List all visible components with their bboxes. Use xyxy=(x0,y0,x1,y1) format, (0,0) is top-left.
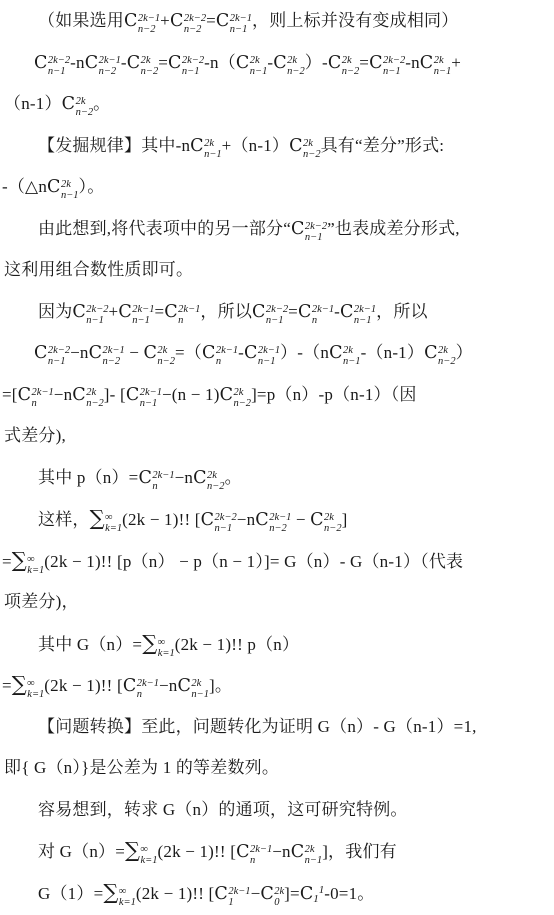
binomial-coefficient: C2kn−1 xyxy=(47,166,78,209)
binomial-coefficient-superscript: 2k−2 xyxy=(184,14,206,24)
binomial-coefficient-scripts: 2k−1n xyxy=(152,471,174,492)
text-run: =[ xyxy=(2,385,18,404)
binomial-coefficient-base: C xyxy=(291,842,304,862)
binomial-coefficient-base: C xyxy=(34,343,47,363)
binomial-coefficient-base: C xyxy=(177,676,190,696)
binomial-coefficient-superscript: 2k−1 xyxy=(354,305,376,315)
summation-symbol-base: ∑ xyxy=(12,548,27,572)
binomial-coefficient-subscript: n−1 xyxy=(48,357,70,367)
binomial-coefficient-base: C xyxy=(138,468,151,488)
binomial-coefficient-scripts: 2kn−2 xyxy=(157,346,175,367)
text-run: −n xyxy=(70,343,89,362)
binomial-coefficient-base: C xyxy=(168,53,181,73)
binomial-coefficient-base: C xyxy=(143,343,156,363)
binomial-coefficient-superscript: 2k−1 xyxy=(140,388,162,398)
binomial-coefficient-subscript: n−1 xyxy=(305,233,327,243)
binomial-coefficient-subscript: n−1 xyxy=(354,316,376,326)
text-run: = xyxy=(206,11,216,30)
binomial-coefficient: C2k−1n xyxy=(123,665,159,708)
binomial-coefficient-subscript: n−2 xyxy=(269,524,291,534)
binomial-coefficient: C2kn−1 xyxy=(420,42,451,85)
binomial-coefficient-subscript: 1 xyxy=(228,898,250,908)
binomial-coefficient-subscript: n−1 xyxy=(204,150,222,160)
text-run: 。 xyxy=(225,468,242,487)
binomial-coefficient: C2kn−2 xyxy=(72,374,103,417)
text-run: 容易想到，转求 G（n）的通项，这可研究特例。 xyxy=(38,800,408,819)
binomial-coefficient-superscript: 2k xyxy=(324,513,342,523)
binomial-coefficient: C2kn−1 xyxy=(291,831,322,874)
binomial-coefficient-superscript: 2k−1 xyxy=(269,513,291,523)
binomial-coefficient-scripts: 2k−2n−1 xyxy=(86,305,108,326)
binomial-coefficient-scripts: 2k−2n−1 xyxy=(182,56,204,77)
text-run: ）。 xyxy=(79,177,105,196)
binomial-coefficient-superscript: 2k xyxy=(438,346,456,356)
binomial-coefficient-scripts: 2k−1n−2 xyxy=(103,346,125,367)
binomial-coefficient-superscript: 2k xyxy=(233,388,251,398)
text-run: -（n-1） xyxy=(361,343,425,362)
text-line-1: （如果选用C2k−1n−2+C2k−2n−2=C2k−1n−1，则上标并没有变成… xyxy=(2,0,554,42)
text-run: + xyxy=(109,302,119,321)
text-run: (2k − 1)!! [ xyxy=(122,510,201,529)
binomial-coefficient-base: C xyxy=(127,53,140,73)
summation-symbol-superscript: ∞ xyxy=(158,638,175,648)
binomial-coefficient: C2kn−2 xyxy=(273,42,304,85)
binomial-coefficient-base: C xyxy=(72,302,85,322)
text-line-9: C2k−2n−1−nC2k−1n−2 − C2kn−2=（C2k−1n-C2k−… xyxy=(2,332,554,374)
binomial-coefficient-base: C xyxy=(190,136,203,156)
summation-symbol-superscript: ∞ xyxy=(119,887,136,897)
binomial-coefficient-base: C xyxy=(328,53,341,73)
binomial-coefficient-scripts: 2kn−1 xyxy=(204,139,222,160)
text-line-10: =[C2k−1n−nC2kn−2]- [C2k−1n−1−(n − 1)C2kn… xyxy=(2,374,554,416)
text-run: 式差分), xyxy=(4,426,66,445)
binomial-coefficient-scripts: 2k−1n xyxy=(250,845,272,866)
text-run: −n xyxy=(159,676,178,695)
binomial-coefficient-subscript: n−2 xyxy=(207,482,225,492)
text-line-11: 式差分), xyxy=(2,415,554,457)
binomial-coefficient-base: C xyxy=(260,884,273,904)
binomial-coefficient-superscript: 2k−1 xyxy=(99,56,121,66)
binomial-coefficient-scripts: 2kn−2 xyxy=(438,346,456,367)
text-run: ，所以 xyxy=(376,302,428,321)
binomial-coefficient-superscript: 2k−1 xyxy=(312,305,334,315)
binomial-coefficient-superscript: 2k xyxy=(191,679,209,689)
summation-symbol-base: ∑ xyxy=(103,880,118,904)
summation-symbol-scripts: ∞k=1 xyxy=(158,638,175,659)
summation-symbol: ∑∞k=1 xyxy=(142,623,175,666)
text-run: − xyxy=(125,343,144,362)
binomial-coefficient-base: C xyxy=(220,385,233,405)
text-run: −(n − 1) xyxy=(162,385,220,404)
binomial-coefficient-superscript: 2k xyxy=(303,139,321,149)
binomial-coefficient: C2k−1n xyxy=(164,291,200,334)
binomial-coefficient-base: C xyxy=(34,53,47,73)
binomial-coefficient: C2kn−1 xyxy=(236,42,267,85)
binomial-coefficient-base: C xyxy=(124,11,137,31)
binomial-coefficient-base: C xyxy=(420,53,433,73)
binomial-coefficient-scripts: 2k−2n−1 xyxy=(305,222,327,243)
binomial-coefficient-base: C xyxy=(340,302,353,322)
text-run: -0=1。 xyxy=(324,884,374,903)
text-run: G（1）= xyxy=(38,884,103,903)
binomial-coefficient-subscript: 0 xyxy=(274,898,284,908)
summation-symbol-scripts: ∞k=1 xyxy=(141,845,158,866)
binomial-coefficient-superscript: 2k xyxy=(141,56,159,66)
summation-symbol-scripts: ∞k=1 xyxy=(27,679,44,700)
binomial-coefficient-scripts: 2k−2n−1 xyxy=(215,513,237,534)
summation-symbol-base: ∑ xyxy=(142,631,157,655)
binomial-coefficient-subscript: n−2 xyxy=(438,357,456,367)
binomial-coefficient-subscript: n−2 xyxy=(184,25,206,35)
binomial-coefficient-scripts: 2kn−2 xyxy=(86,388,104,409)
binomial-coefficient: C2k−1n−1 xyxy=(340,291,376,334)
binomial-coefficient-subscript: n−1 xyxy=(61,191,79,201)
binomial-coefficient: C2k−1n xyxy=(298,291,334,334)
binomial-coefficient-scripts: 2k−2n−1 xyxy=(266,305,288,326)
text-run: （n-1） xyxy=(4,94,62,113)
text-run: ]- [ xyxy=(104,385,126,404)
text-run: 其中 G（n）= xyxy=(38,635,142,654)
binomial-coefficient-base: C xyxy=(369,53,382,73)
text-line-3: （n-1）C2kn−2。 xyxy=(2,83,554,125)
binomial-coefficient-subscript: n−1 xyxy=(86,316,108,326)
summation-symbol-subscript: k=1 xyxy=(105,524,122,534)
binomial-coefficient-base: C xyxy=(126,385,139,405)
text-run: 由此想到,将代表项中的另一部分“ xyxy=(38,219,291,238)
text-run: − xyxy=(291,510,310,529)
summation-symbol-base: ∑ xyxy=(90,506,105,530)
binomial-coefficient-superscript: 2k−1 xyxy=(137,679,159,689)
binomial-coefficient: C2k−2n−1 xyxy=(72,291,108,334)
text-run: = xyxy=(288,302,298,321)
binomial-coefficient-superscript: 2k xyxy=(342,56,360,66)
binomial-coefficient-subscript: n xyxy=(152,482,174,492)
binomial-coefficient-superscript: 2k xyxy=(86,388,104,398)
binomial-coefficient: C2k−2n−2 xyxy=(170,0,206,43)
summation-symbol-subscript: k=1 xyxy=(119,898,136,908)
summation-symbol-subscript: k=1 xyxy=(27,566,44,576)
binomial-coefficient: C2k−1n−2 xyxy=(255,499,291,542)
text-run: ]，我们有 xyxy=(322,842,397,861)
summation-symbol-subscript: k=1 xyxy=(141,856,158,866)
text-run: 这利用组合数性质即可。 xyxy=(4,260,193,279)
text-run: ]。 xyxy=(209,676,232,695)
binomial-coefficient-superscript: 2k xyxy=(287,56,305,66)
binomial-coefficient: C2kn−1 xyxy=(190,125,221,168)
binomial-coefficient-base: C xyxy=(236,53,249,73)
binomial-coefficient-subscript: n xyxy=(32,399,54,409)
binomial-coefficient-subscript: n−1 xyxy=(305,856,323,866)
summation-symbol: ∑∞k=1 xyxy=(103,872,136,915)
text-run: -n xyxy=(70,53,85,72)
text-run: 项差分)， xyxy=(4,592,79,611)
text-run: = xyxy=(158,53,168,72)
binomial-coefficient-superscript: 2k−2 xyxy=(383,56,405,66)
text-line-13: 这样，∑∞k=1(2k − 1)!! [C2k−2n−1−nC2k−1n−2 −… xyxy=(2,498,554,540)
text-run: + xyxy=(160,11,170,30)
binomial-coefficient: C2k−1n−2 xyxy=(124,0,160,43)
binomial-coefficient: C2kn−1 xyxy=(329,332,360,375)
binomial-coefficient-base: C xyxy=(310,510,323,530)
binomial-coefficient-subscript: n xyxy=(312,316,334,326)
text-run: −n xyxy=(272,842,291,861)
binomial-coefficient: C2kn−1 xyxy=(177,665,208,708)
summation-symbol-subscript: k=1 xyxy=(158,649,175,659)
text-run: = xyxy=(2,676,12,695)
binomial-coefficient-superscript: 2k xyxy=(76,97,94,107)
binomial-coefficient-superscript: 2k xyxy=(207,471,225,481)
summation-symbol-superscript: ∞ xyxy=(105,513,122,523)
binomial-coefficient: C2kn−2 xyxy=(220,374,251,417)
binomial-coefficient: C2kn−2 xyxy=(62,83,93,126)
text-run: (2k − 1)!! p（n） xyxy=(175,635,299,654)
binomial-coefficient-subscript: n−1 xyxy=(132,316,154,326)
binomial-coefficient: C2kn−2 xyxy=(424,332,455,375)
binomial-coefficient-scripts: 2kn−2 xyxy=(233,388,251,409)
binomial-coefficient: C2k0 xyxy=(260,873,284,915)
binomial-coefficient-base: C xyxy=(298,302,311,322)
binomial-coefficient-scripts: 2k−1n−1 xyxy=(132,305,154,326)
summation-symbol-superscript: ∞ xyxy=(27,679,44,689)
text-line-20: 容易想到，转求 G（n）的通项，这可研究特例。 xyxy=(2,789,554,831)
summation-symbol-subscript: k=1 xyxy=(27,690,44,700)
binomial-coefficient-base: C xyxy=(236,842,249,862)
binomial-coefficient-superscript: 2k−1 xyxy=(32,388,54,398)
binomial-coefficient: C2k−11 xyxy=(214,873,250,915)
summation-symbol-superscript: ∞ xyxy=(27,555,44,565)
binomial-coefficient-superscript: 2k−1 xyxy=(258,346,280,356)
binomial-coefficient-superscript: 2k−2 xyxy=(86,305,108,315)
binomial-coefficient-scripts: 2k−1n−1 xyxy=(230,14,252,35)
binomial-coefficient-base: C xyxy=(118,302,131,322)
text-line-19: 即{ G（n）}是公差为 1 的等差数列。 xyxy=(2,747,554,789)
binomial-coefficient: C2k−1n xyxy=(138,457,174,500)
text-run: -n xyxy=(405,53,420,72)
binomial-coefficient-base: C xyxy=(424,343,437,363)
binomial-coefficient-scripts: 2k−2n−1 xyxy=(383,56,405,77)
binomial-coefficient-superscript: 2k−1 xyxy=(152,471,174,481)
binomial-coefficient-subscript: n−1 xyxy=(383,67,405,77)
binomial-coefficient-superscript: 2k−2 xyxy=(48,346,70,356)
binomial-coefficient-subscript: n−2 xyxy=(86,399,104,409)
text-line-5: -（△nC2kn−1）。 xyxy=(2,166,554,208)
text-line-14: =∑∞k=1(2k − 1)!! [p（n） − p（n − 1）]= G（n）… xyxy=(2,540,554,582)
binomial-coefficient-subscript: n−2 xyxy=(138,25,160,35)
text-line-4: 【发掘规律】其中-nC2kn−1+（n-1）C2kn−2具有“差分”形式: xyxy=(2,125,554,167)
text-run: 因为 xyxy=(38,302,72,321)
binomial-coefficient-subscript: n−1 xyxy=(343,357,361,367)
text-line-6: 由此想到,将代表项中的另一部分“C2k−2n−1”也表成差分形式, xyxy=(2,208,554,250)
binomial-coefficient-scripts: 2k−2n−1 xyxy=(48,346,70,367)
binomial-coefficient-subscript: n−2 xyxy=(157,357,175,367)
text-run: （如果选用 xyxy=(38,11,124,30)
binomial-coefficient-base: C xyxy=(18,385,31,405)
binomial-coefficient-scripts: 2k−1n xyxy=(312,305,334,326)
binomial-coefficient: C2k−1n xyxy=(236,831,272,874)
binomial-coefficient-scripts: 2kn−2 xyxy=(342,56,360,77)
binomial-coefficient-superscript: 2k−2 xyxy=(266,305,288,315)
document-page: （如果选用C2k−1n−2+C2k−2n−2=C2k−1n−1，则上标并没有变成… xyxy=(0,0,554,915)
binomial-coefficient-subscript: n xyxy=(178,316,200,326)
text-run: ）-（n xyxy=(280,343,329,362)
binomial-coefficient-subscript: n−2 xyxy=(99,67,121,77)
summation-symbol: ∑∞k=1 xyxy=(90,498,123,541)
binomial-coefficient-superscript: 2k xyxy=(157,346,175,356)
text-line-12: 其中 p（n）=C2k−1n−nC2kn−2。 xyxy=(2,457,554,499)
binomial-coefficient: C2k−2n−1 xyxy=(201,499,237,542)
summation-symbol: ∑∞k=1 xyxy=(125,830,158,873)
binomial-coefficient-superscript: 2k xyxy=(274,887,284,897)
binomial-coefficient-superscript: 2k−1 xyxy=(178,305,200,315)
text-run: + xyxy=(451,53,461,72)
summation-symbol: ∑∞k=1 xyxy=(12,664,45,707)
binomial-coefficient: C2k−2n−1 xyxy=(369,42,405,85)
text-run: 即{ G（n）}是公差为 1 的等差数列。 xyxy=(4,758,279,777)
text-run: −n xyxy=(175,468,194,487)
text-run: ） xyxy=(456,343,473,362)
summation-symbol-base: ∑ xyxy=(12,672,27,696)
text-run: − xyxy=(251,884,261,903)
binomial-coefficient-base: C xyxy=(273,53,286,73)
binomial-coefficient-subscript: n−1 xyxy=(266,316,288,326)
binomial-coefficient: C2kn−2 xyxy=(193,457,224,500)
text-line-8: 因为C2k−2n−1+C2k−1n−1=C2k−1n，所以C2k−2n−1=C2… xyxy=(2,291,554,333)
binomial-coefficient-scripts: 2k−11 xyxy=(228,887,250,908)
binomial-coefficient-scripts: 2k−2n−2 xyxy=(184,14,206,35)
binomial-coefficient-subscript: n−1 xyxy=(250,67,268,77)
summation-symbol-scripts: ∞k=1 xyxy=(105,513,122,534)
binomial-coefficient: C2k−2n−1 xyxy=(252,291,288,334)
summation-symbol-superscript: ∞ xyxy=(141,845,158,855)
binomial-coefficient-superscript: 2k−1 xyxy=(228,887,250,897)
binomial-coefficient-scripts: 2k−1n xyxy=(32,388,54,409)
binomial-coefficient-scripts: 2kn−2 xyxy=(207,471,225,492)
text-line-21: 对 G（n）=∑∞k=1(2k − 1)!! [C2k−1n−nC2kn−1]，… xyxy=(2,830,554,872)
binomial-coefficient-scripts: 2kn−2 xyxy=(76,97,94,118)
binomial-coefficient-subscript: n−2 xyxy=(76,108,94,118)
text-run: (2k − 1)!! [ xyxy=(44,676,123,695)
binomial-coefficient-base: C xyxy=(164,302,177,322)
binomial-coefficient-subscript: n−2 xyxy=(141,67,159,77)
text-run: ]= xyxy=(284,884,300,903)
binomial-coefficient: C2kn−2 xyxy=(310,499,341,542)
binomial-coefficient-superscript: 2k xyxy=(61,180,79,190)
binomial-coefficient: C2kn−2 xyxy=(143,332,174,375)
binomial-coefficient-superscript: 2k−1 xyxy=(216,346,238,356)
binomial-coefficient-subscript: n−1 xyxy=(191,690,209,700)
binomial-coefficient-scripts: 2kn−1 xyxy=(305,845,323,866)
binomial-coefficient-scripts: 2k−1n−1 xyxy=(258,346,280,367)
binomial-coefficient-base: C xyxy=(72,385,85,405)
binomial-coefficient-base: C xyxy=(329,343,342,363)
summation-symbol-scripts: ∞k=1 xyxy=(119,887,136,908)
text-run: −n xyxy=(237,510,256,529)
binomial-coefficient: C2kn−2 xyxy=(289,125,320,168)
binomial-coefficient-subscript: n−2 xyxy=(103,357,125,367)
text-line-18: 【问题转换】至此，问题转化为证明 G（n）- G（n-1）=1, xyxy=(2,706,554,748)
binomial-coefficient: C2k−1n−2 xyxy=(89,332,125,375)
binomial-coefficient-scripts: 2kn−1 xyxy=(250,56,268,77)
binomial-coefficient-base: C xyxy=(89,343,102,363)
binomial-coefficient-superscript: 2k−1 xyxy=(132,305,154,315)
binomial-coefficient-base: C xyxy=(201,510,214,530)
text-run: 具有“差分”形式: xyxy=(321,136,445,155)
binomial-coefficient-scripts: 2kn−2 xyxy=(303,139,321,160)
binomial-coefficient-subscript: n−1 xyxy=(258,357,280,367)
binomial-coefficient-scripts: 2k−2n−1 xyxy=(48,56,70,77)
binomial-coefficient-subscript: n xyxy=(250,856,272,866)
binomial-coefficient: C2k−2n−1 xyxy=(168,42,204,85)
binomial-coefficient-base: C xyxy=(47,177,60,197)
binomial-coefficient-base: C xyxy=(62,94,75,114)
binomial-coefficient: C2kn−2 xyxy=(328,42,359,85)
binomial-coefficient-scripts: 2k−1n−2 xyxy=(269,513,291,534)
text-run: 这样， xyxy=(38,510,90,529)
binomial-coefficient: C2kn−2 xyxy=(127,42,158,85)
text-run: (2k − 1)!! [ xyxy=(136,884,215,903)
text-run: 其中 p（n）= xyxy=(38,468,138,487)
binomial-coefficient: C2k−1n xyxy=(202,332,238,375)
binomial-coefficient-base: C xyxy=(85,53,98,73)
binomial-coefficient-scripts: 2kn−1 xyxy=(343,346,361,367)
binomial-coefficient-scripts: 2k−1n−1 xyxy=(140,388,162,409)
binomial-coefficient-base: C xyxy=(291,219,304,239)
text-run: ）- xyxy=(305,53,328,72)
text-run: 【问题转换】至此，问题转化为证明 G（n）- G（n-1）=1, xyxy=(38,717,477,736)
binomial-coefficient-superscript: 2k xyxy=(434,56,452,66)
binomial-coefficient-superscript: 2k xyxy=(250,56,268,66)
text-run: ] xyxy=(342,510,348,529)
binomial-coefficient-superscript: 2k−2 xyxy=(182,56,204,66)
binomial-coefficient-base: C xyxy=(244,343,257,363)
text-run: −n xyxy=(54,385,73,404)
binomial-coefficient-superscript: 2k−1 xyxy=(103,346,125,356)
binomial-coefficient-scripts: 2kn−1 xyxy=(61,180,79,201)
binomial-coefficient-subscript: n−1 xyxy=(230,25,252,35)
binomial-coefficient-scripts: 2kn−1 xyxy=(434,56,452,77)
text-run: ”也表成差分形式, xyxy=(327,219,460,238)
binomial-coefficient: C2k−1n−1 xyxy=(216,0,252,43)
binomial-coefficient-subscript: n−2 xyxy=(303,150,321,160)
text-run: (2k − 1)!! [ xyxy=(158,842,237,861)
binomial-coefficient-scripts: 2kn−2 xyxy=(287,56,305,77)
binomial-coefficient-subscript: n−2 xyxy=(324,524,342,534)
binomial-coefficient-subscript: n−1 xyxy=(434,67,452,77)
binomial-coefficient: C2k−1n−1 xyxy=(126,374,162,417)
binomial-coefficient-scripts: 2k−1n xyxy=(216,346,238,367)
text-run: = xyxy=(359,53,369,72)
binomial-coefficient-base: C xyxy=(255,510,268,530)
binomial-coefficient-subscript: n−1 xyxy=(140,399,162,409)
binomial-coefficient-base: C xyxy=(193,468,206,488)
text-line-7: 这利用组合数性质即可。 xyxy=(2,249,554,291)
text-run: ，则上标并没有变成相同） xyxy=(252,11,458,30)
text-run: (2k − 1)!! [p（n） − p（n − 1）]= G（n）- G（n-… xyxy=(44,552,463,571)
binomial-coefficient-superscript: 2k−2 xyxy=(215,513,237,523)
binomial-coefficient-subscript: n−1 xyxy=(48,67,70,77)
binomial-coefficient: C2k−1n−1 xyxy=(118,291,154,334)
text-run: = xyxy=(154,302,164,321)
binomial-coefficient: C2k−1n−1 xyxy=(244,332,280,375)
binomial-coefficient-scripts: 2k0 xyxy=(274,887,284,908)
binomial-coefficient: C2k−2n−1 xyxy=(34,42,70,85)
binomial-coefficient-base: C xyxy=(289,136,302,156)
binomial-coefficient-base: C xyxy=(216,11,229,31)
text-run: 。 xyxy=(93,94,110,113)
binomial-coefficient-base: C xyxy=(252,302,265,322)
text-run: 对 G（n）= xyxy=(38,842,125,861)
text-run: +（n-1） xyxy=(222,136,289,155)
